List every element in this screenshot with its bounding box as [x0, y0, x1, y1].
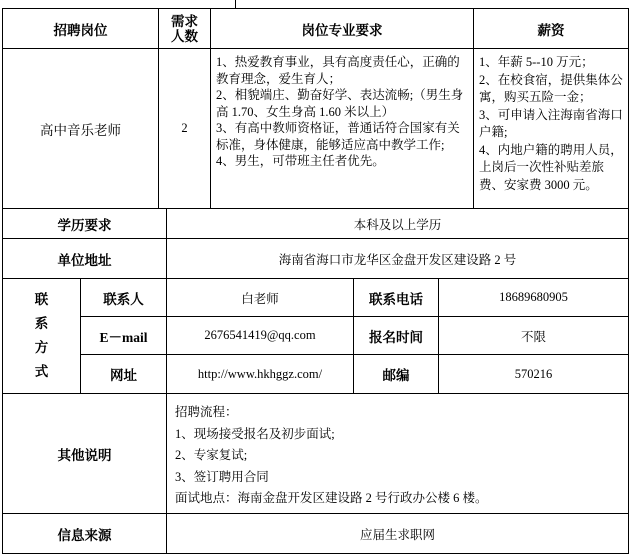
header-salary: 薪资: [474, 9, 629, 49]
contact-email-value: 2676541419@qq.com: [167, 317, 354, 355]
header-position: 招聘岗位: [3, 9, 159, 49]
contact-phone-label: 联系电话: [354, 279, 439, 317]
job-posting-table: 招聘岗位 需求 人数 岗位专业要求 薪资 高中音乐老师 2 1、热爱教育事业，具…: [2, 8, 629, 554]
contact-phone-value: 18689680905: [439, 279, 629, 317]
contact-row-website: 网址 http://www.hkhggz.com/ 邮编 570216: [81, 355, 629, 394]
contact-email-label: E－mail: [81, 317, 167, 355]
education-row: 学历要求 本科及以上学历: [3, 209, 629, 239]
source-label: 信息来源: [3, 514, 167, 554]
contact-label: 联系方式: [34, 288, 49, 384]
education-value: 本科及以上学历: [167, 209, 629, 239]
contact-website-label: 网址: [81, 355, 167, 394]
contact-person-label: 联系人: [81, 279, 167, 317]
contact-label-cell: 联系方式: [3, 279, 81, 394]
header-requirements: 岗位专业要求: [211, 9, 474, 49]
job-row: 高中音乐老师 2 1、热爱教育事业，具有高度责任心，正确的教育理念，爱生育人； …: [3, 49, 629, 209]
contact-block: 联系方式 联系人 白老师 联系电话 18689680905 E－mail 267…: [3, 279, 629, 394]
job-headcount: 2: [159, 49, 211, 209]
contact-row-person: 联系人 白老师 联系电话 18689680905: [81, 279, 629, 317]
other-notes-value: 招聘流程： 1、现场接受报名及初步面试; 2、专家复试; 3、签订聘用合同 面试…: [167, 394, 629, 514]
address-row: 单位地址 海南省海口市龙华区金盘开发区建设路 2 号: [3, 239, 629, 279]
contact-person-value: 白老师: [167, 279, 354, 317]
other-notes-row: 其他说明 招聘流程： 1、现场接受报名及初步面试; 2、专家复试; 3、签订聘用…: [3, 394, 629, 514]
contact-rows: 联系人 白老师 联系电话 18689680905 E－mail 26765414…: [81, 279, 629, 394]
source-row: 信息来源 应届生求职网: [3, 514, 629, 554]
contact-signup-time-label: 报名时间: [354, 317, 439, 355]
contact-row-email: E－mail 2676541419@qq.com 报名时间 不限: [81, 317, 629, 355]
education-label: 学历要求: [3, 209, 167, 239]
other-notes-label: 其他说明: [3, 394, 167, 514]
address-value: 海南省海口市龙华区金盘开发区建设路 2 号: [167, 239, 629, 279]
contact-website-value: http://www.hkhggz.com/: [167, 355, 354, 394]
job-salary: 1、年薪 5--10 万元； 2、在校食宿，提供集体公寓，购买五险一金； 3、可…: [474, 49, 629, 209]
address-label: 单位地址: [3, 239, 167, 279]
table-header-row: 招聘岗位 需求 人数 岗位专业要求 薪资: [3, 9, 629, 49]
job-position: 高中音乐老师: [3, 49, 159, 209]
contact-zipcode-label: 邮编: [354, 355, 439, 394]
job-requirements: 1、热爱教育事业，具有高度责任心，正确的教育理念，爱生育人； 2、相貌端庄、勤奋…: [211, 49, 474, 209]
job-posting-page: 招聘岗位 需求 人数 岗位专业要求 薪资 高中音乐老师 2 1、热爱教育事业，具…: [0, 0, 631, 560]
source-value: 应届生求职网: [167, 514, 629, 554]
contact-signup-time-value: 不限: [439, 317, 629, 355]
header-headcount: 需求 人数: [159, 9, 211, 49]
contact-zipcode-value: 570216: [439, 355, 629, 394]
